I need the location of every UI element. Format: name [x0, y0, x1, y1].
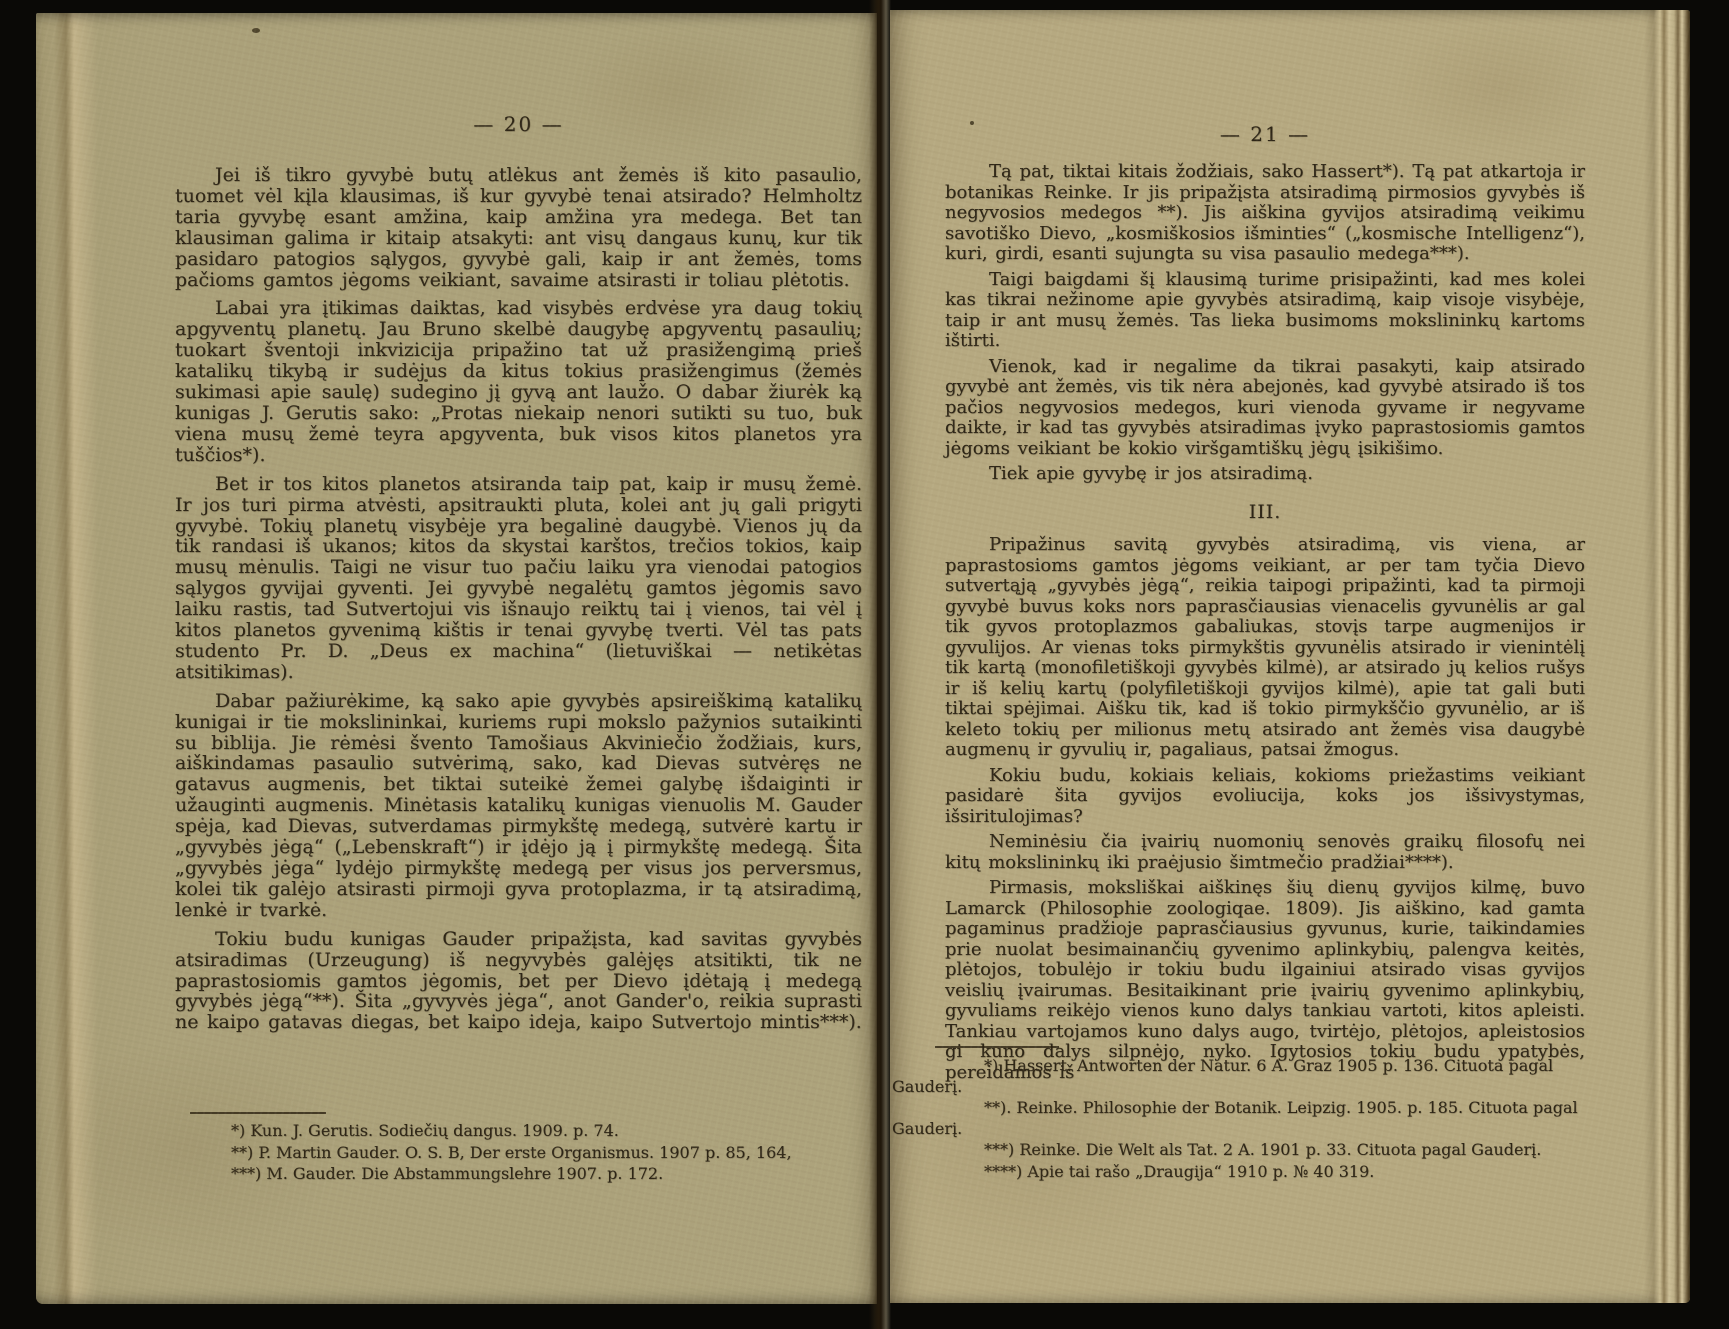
footnote: ***) M. Gauder. Die Abstammungslehre 190…	[175, 1163, 875, 1185]
page-right: — 21 — Tą pat, tiktai kitais žodžiais, s…	[890, 10, 1690, 1303]
body-paragraph: Kokiu budu, kokiais keliais, kokioms pri…	[945, 766, 1585, 828]
footnote: ***) Reinke. Die Welt als Tat. 2 A. 1901…	[892, 1140, 1608, 1161]
body-paragraph: Neminėsiu čia įvairių nuomonių senovės g…	[945, 832, 1585, 873]
body-paragraph: Jei iš tikro gyvybė butų atlėkus ant žem…	[175, 165, 862, 290]
body-paragraph: Tokiu budu kunigas Gauder pripažįsta, ka…	[175, 929, 862, 1034]
body-paragraph: Dabar pažiurėkime, ką sako apie gyvybės …	[175, 691, 862, 921]
page-left: — 20 — Jei iš tikro gyvybė butų atlėkus …	[36, 13, 877, 1304]
footnote-rule-right	[935, 1046, 1059, 1048]
body-paragraph: Taigi baigdami šį klausimą turime prisip…	[945, 270, 1585, 352]
ink-speck	[970, 121, 974, 125]
page-number-right: — 21 —	[945, 122, 1585, 146]
page-number-left: — 20 —	[175, 112, 862, 136]
right-page-intro: Tą pat, tiktai kitais žodžiais, sako Has…	[945, 162, 1585, 485]
body-paragraph: Vienok, kad ir negalime da tikrai pasaky…	[945, 357, 1585, 460]
body-paragraph: Pirmasis, moksliškai aiškinęs šių dienų …	[945, 878, 1585, 1083]
section-heading: III.	[945, 502, 1585, 523]
right-page-section: Pripažinus savitą gyvybės atsiradimą, vi…	[945, 535, 1585, 1083]
footnote-rule-left	[190, 1112, 326, 1114]
ink-speck	[252, 28, 260, 33]
footnote: **) P. Martin Gauder. O. S. B, Der erste…	[175, 1142, 875, 1164]
footnote: *) Kun. J. Gerutis. Sodiečių dangus. 190…	[175, 1120, 875, 1142]
left-page-body: Jei iš tikro gyvybė butų atlėkus ant žem…	[175, 165, 862, 1041]
book-scan: — 20 — Jei iš tikro gyvybė butų atlėkus …	[0, 0, 1729, 1329]
ink-speck	[424, 379, 428, 382]
right-page-footnotes: *) Hassert. Antworten der Natur. 6 A. Gr…	[892, 1056, 1608, 1183]
footnote: *) Hassert. Antworten der Natur. 6 A. Gr…	[892, 1056, 1608, 1097]
body-paragraph: Pripažinus savitą gyvybės atsiradimą, vi…	[945, 535, 1585, 761]
body-paragraph: Bet ir tos kitos planetos atsiranda taip…	[175, 474, 862, 683]
right-page-body: Tą pat, tiktai kitais žodžiais, sako Has…	[945, 162, 1585, 1088]
footnote: ****) Apie tai rašo „Draugija“ 1910 p. №…	[892, 1162, 1608, 1183]
left-page-footnotes: *) Kun. J. Gerutis. Sodiečių dangus. 190…	[175, 1120, 875, 1185]
body-paragraph: Tiek apie gyvybę ir jos atsiradimą.	[945, 464, 1585, 485]
body-paragraph: Labai yra įtikimas daiktas, kad visybės …	[175, 298, 862, 465]
footnote: **). Reinke. Philosophie der Botanik. Le…	[892, 1098, 1608, 1139]
body-paragraph: Tą pat, tiktai kitais žodžiais, sako Has…	[945, 162, 1585, 265]
page-edge-stack	[1644, 10, 1690, 1303]
